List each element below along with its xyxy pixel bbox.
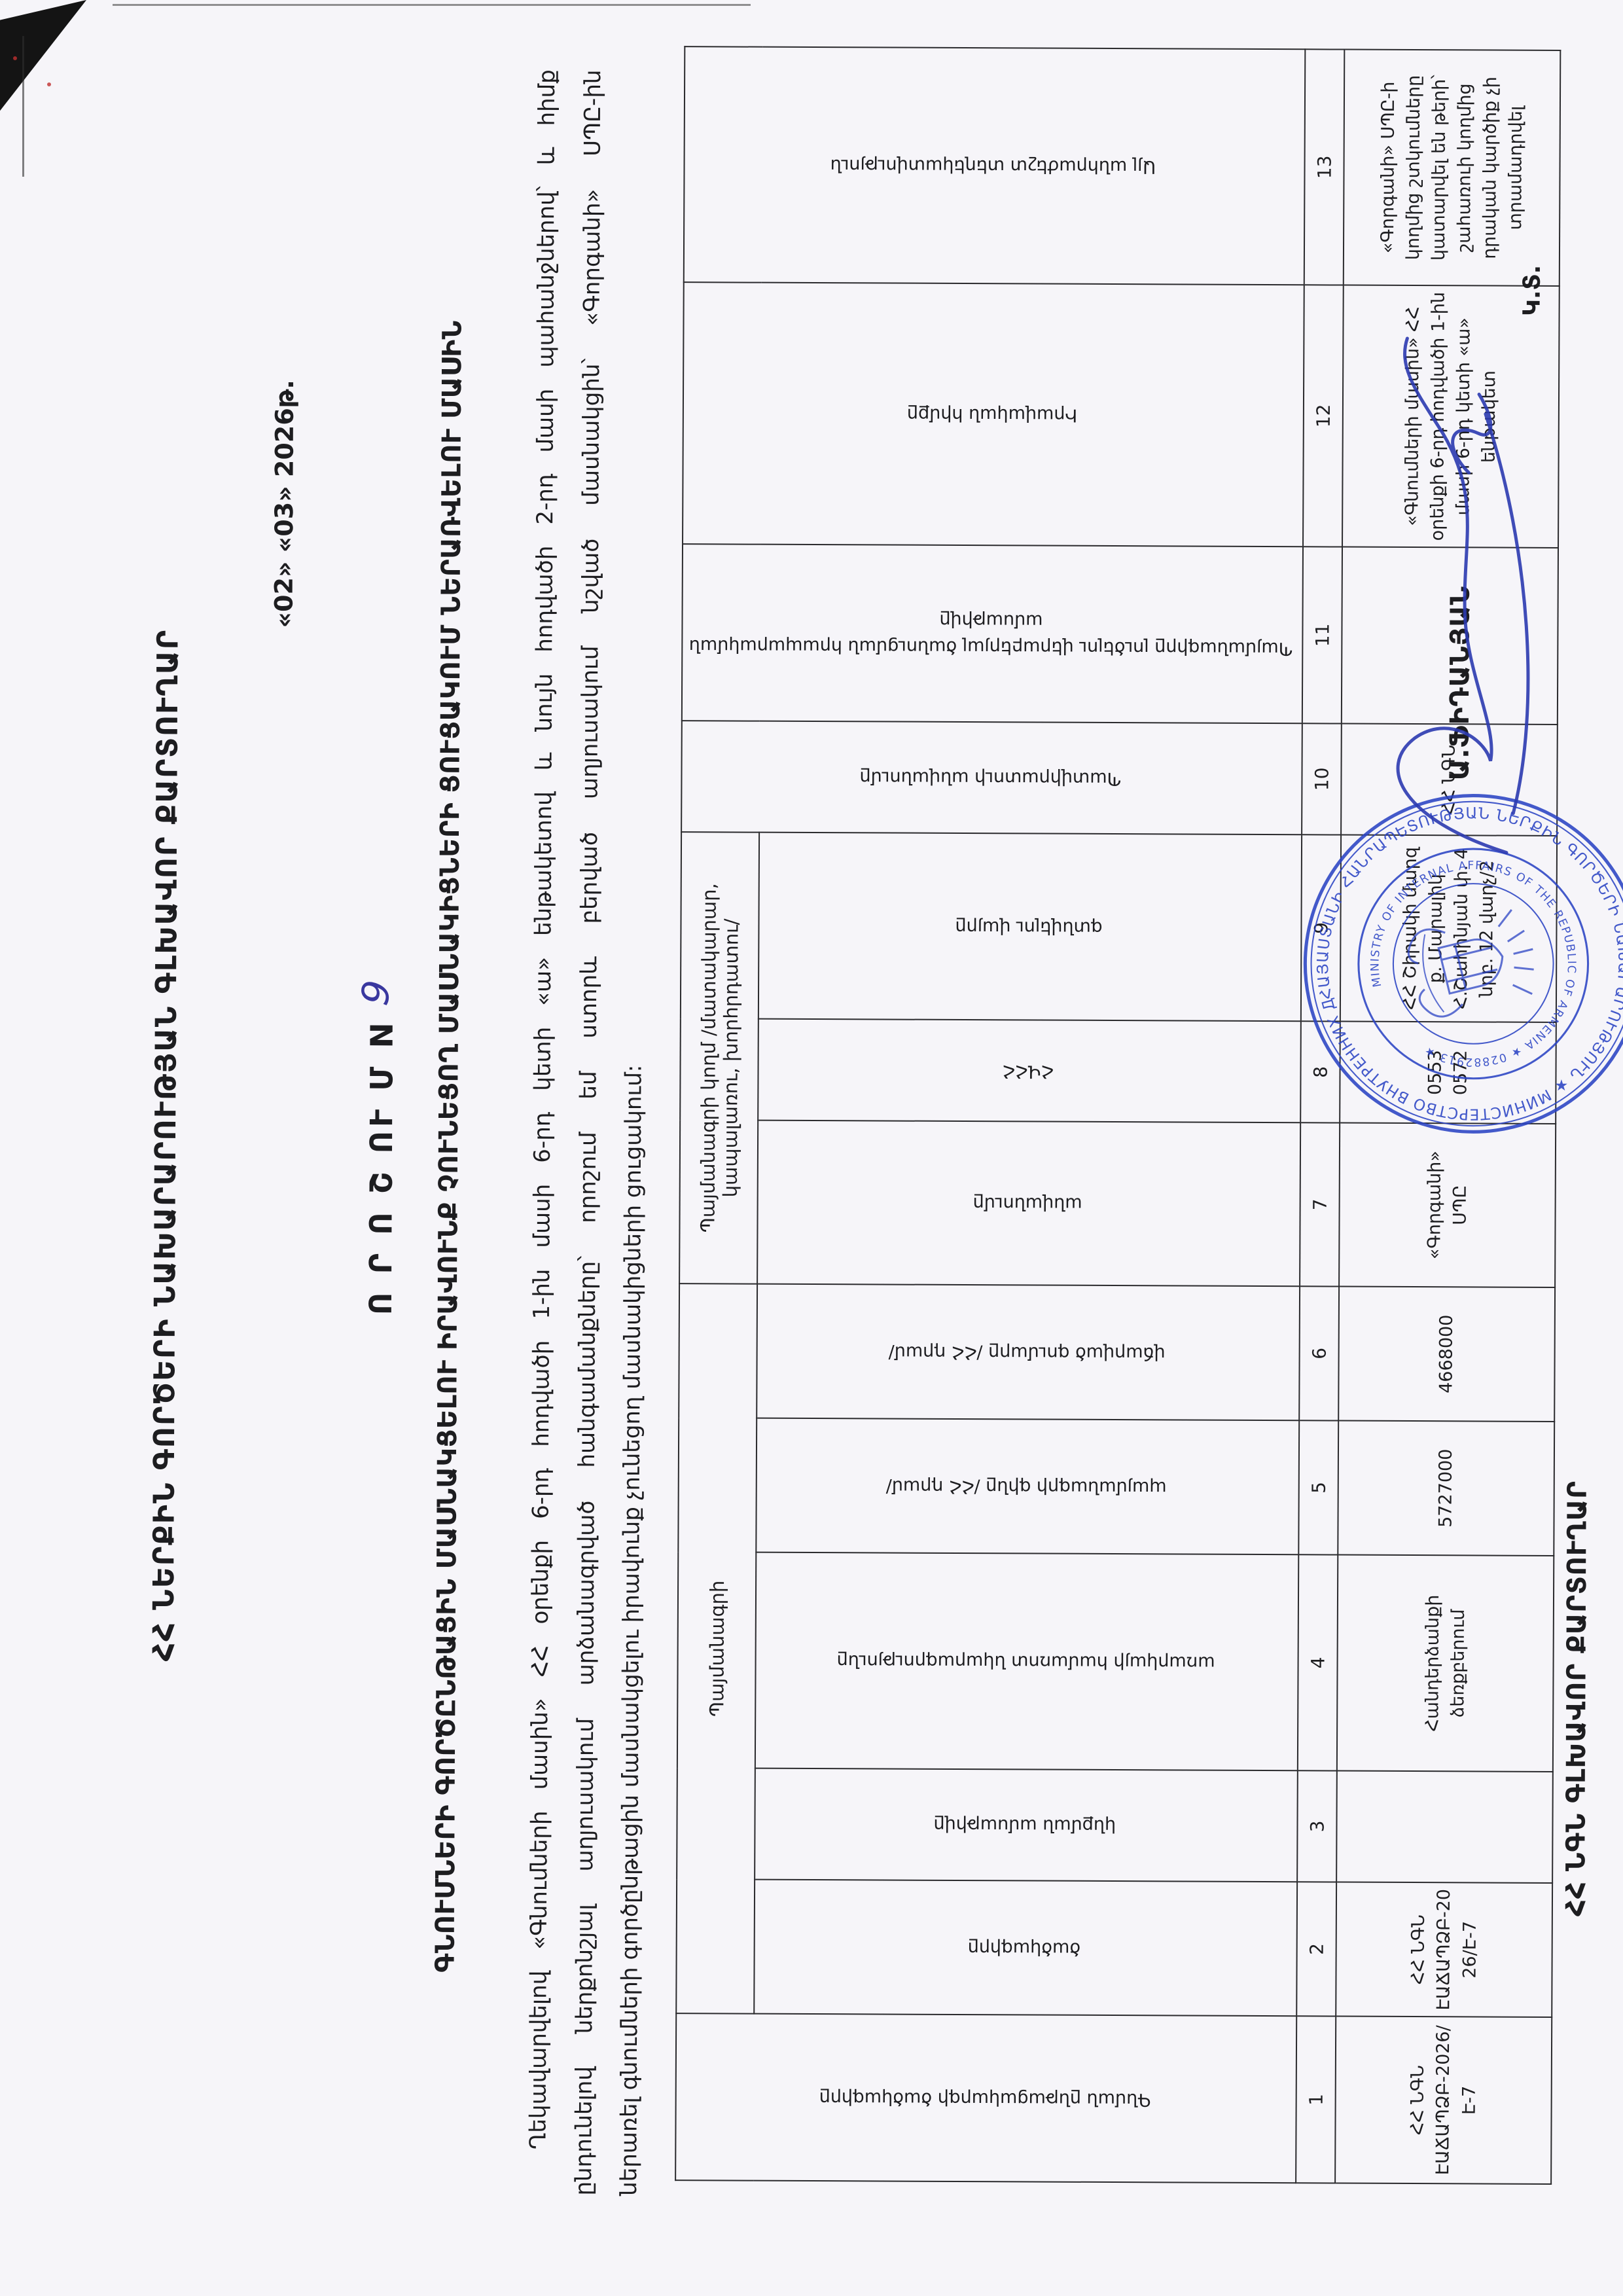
cell-contract-date [1336, 1771, 1553, 1883]
scan-speck [47, 82, 51, 86]
col6-header: վճարված գումարը /ՀՀ դրամ/ [757, 1284, 1300, 1421]
cell-procedure-code: ՀՀ ՆԳՆ ԷԱՃԱՊՁԲ-2026/Է-7 [1335, 2017, 1552, 2184]
cell-other-info: «Գորգանի» ՍՊԸ-ի կողմից շտկումները կատարվ… [1344, 50, 1561, 286]
col-number: 13 [1304, 49, 1345, 285]
scan-speck [13, 56, 17, 60]
col-number: 4 [1298, 1554, 1338, 1770]
col-number: 1 [1296, 2016, 1336, 2183]
col7-header: անվանումը [757, 1121, 1300, 1287]
cell-contract-code: ՀՀ ՆԳՆ ԷԱՃԱՊՁԲ-2026/Է-7 [1336, 1882, 1552, 2017]
document-title: ՀՀ ՆԵՐՔԻՆ ԳՈՐԾԵՐԻ ՆԱԽԱՐԱՐՈՒԹՅԱՆ ԳԼԽԱՎՈՐ … [144, 0, 187, 2293]
scan-edge-line-left [22, 36, 24, 177]
col-number: 3 [1297, 1770, 1337, 1882]
contract-party-group-header: Պայմանագրի կողմ /մատակարար, կապալառու, խ… [679, 832, 759, 1284]
col-number: 5 [1298, 1420, 1338, 1554]
col3-header: կնքման ամսաթիվը [755, 1768, 1297, 1882]
col2-header: ծածկագիրը [754, 1880, 1297, 2017]
col-number: 6 [1299, 1286, 1339, 1420]
col5-header: պայմանագրի գինը /ՀՀ դրամ/ [757, 1418, 1300, 1555]
cell-contract-price: 5727000 [1338, 1421, 1554, 1556]
decision-body: Ղեկավարվելով «Գնումների մասին» ՀՀ օրենքի… [516, 69, 662, 2196]
col9-header: գտնվելու վայրը [758, 833, 1302, 1022]
signature-title: ՀՀ ՆԳՆ ԳԼԽԱՎՈՐ ՔԱՐՏՈՒՂԱՐ [1561, 1480, 1593, 1916]
col4-header: առարկայի համառոտ նկարագրությունը [755, 1552, 1298, 1771]
col12-header: Իրավական հիմքը [683, 282, 1304, 547]
handwritten-decision-number: 9 [352, 973, 401, 1009]
col8-header: ՀՎՀՀ [758, 1019, 1300, 1123]
scanned-page: ՀՀ ՆԵՐՔԻՆ ԳՈՐԾԵՐԻ ՆԱԽԱՐԱՐՈՒԹՅԱՆ ԳԼԽԱՎՈՐ … [0, 0, 1623, 2296]
col-number: 7 [1300, 1122, 1340, 1286]
decision-word: Ո Ր Ո Շ ՈՒ Մ N [363, 1018, 401, 1315]
scan-edge-line-top [113, 4, 751, 6]
col-number: 2 [1296, 1882, 1336, 2016]
col-number: 12 [1303, 285, 1344, 547]
cell-paid-amount: 4668000 [1338, 1286, 1555, 1421]
col1-header: Գնման ընթացակարգի ծածկագիրը [675, 2013, 1296, 2183]
document-sheet: ՀՀ ՆԵՐՔԻՆ ԳՈՐԾԵՐԻ ՆԱԽԱՐԱՐՈՒԹՅԱՆ ԳԼԽԱՎՈՐ … [0, 0, 1623, 2296]
contract-group-header: Պայմանագրի [676, 1283, 757, 2014]
body-line: ներառել գնումների գործընթացին մասնակցելո… [607, 70, 662, 2196]
cell-contract-subject: Հանդերձանքի ձեռքբերում [1337, 1555, 1554, 1772]
col13-header: Այլ անհրաժեշտ տեղեկատվություն [684, 46, 1306, 285]
decision-heading: Ո Ր Ո Շ ՈՒ Մ N9 [351, 0, 406, 2294]
col10-header: Պատվիրատուի անվանումը [681, 721, 1302, 834]
coat-of-arms-icon [1404, 906, 1543, 1021]
col-number: 11 [1302, 547, 1342, 723]
col11-header: Պայմանագիրը լուծելու վերաբերյալ ծանուցմա… [682, 544, 1303, 723]
handwritten-signature [1343, 302, 1568, 892]
decision-subject: ԳՆՈՒՄՆԵՐԻ ԳՈՐԾԸՆԹԱՑԻՆ ՄԱՍՆԱԿՑԵԼՈՒ ԻՐԱՎՈՒ… [429, 0, 469, 2295]
date-line: «02» «03» 2026թ. [269, 380, 299, 628]
